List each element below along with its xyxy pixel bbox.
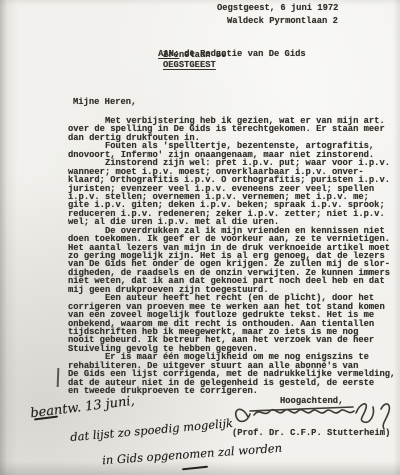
handwritten-note-2: dat lijst zo spoedig mogelijk: [70, 416, 234, 444]
sender-place-date: Oegstgeest, 6 juni 1972: [217, 3, 338, 13]
letter-body: Met verbijstering heb ik gezien, wat er …: [68, 117, 395, 395]
recipient-city: OEGSTGEEST: [163, 60, 216, 70]
note-3-underline: [182, 466, 208, 471]
recipient-street: Irenelaan 50: [163, 50, 226, 60]
handwritten-note-3: in Gids opgenomen zal worden: [102, 441, 283, 468]
salutation: Mijne Heren,: [73, 97, 136, 107]
scanned-letter: Oegstgeest, 6 juni 1972 Waldeck Pyrmontl…: [0, 0, 400, 475]
typed-signature-name: (Prof. Dr. C.F.P. Stutterheim): [232, 428, 390, 438]
letter-body-line: en tweede drukproeven te corrigeren.: [68, 387, 395, 395]
margin-mark: [57, 368, 60, 387]
sender-address: Waldeck Pyrmontlaan 2: [227, 16, 338, 26]
